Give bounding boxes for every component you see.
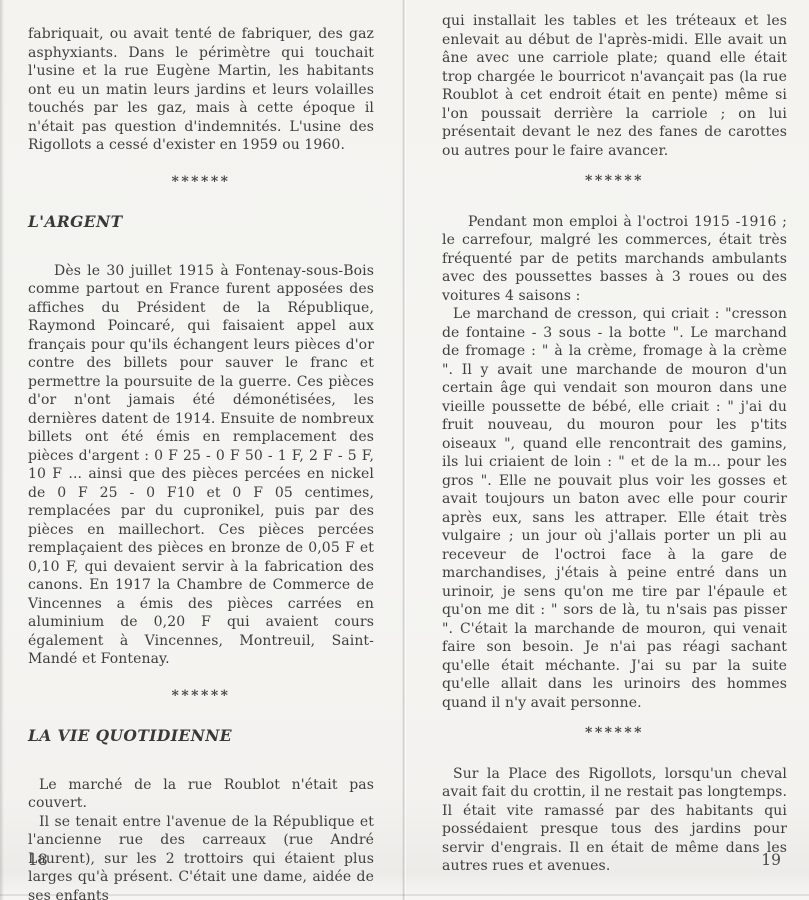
paragraph: Dès le 30 juillet 1915 à Fontenay-sous-B… — [28, 262, 374, 669]
paragraph: qui installait les tables et les tréteau… — [442, 12, 787, 160]
section-separator: ****** — [442, 172, 787, 191]
paragraph: Le marchand de cresson, qui criait : "cr… — [442, 305, 787, 712]
section-heading: LA VIE QUOTIDIENNE — [28, 727, 374, 746]
page-number-right: 19 — [761, 851, 781, 869]
paragraph: Pendant mon emploi à l'octroi 1915 -1916… — [442, 213, 787, 306]
section-separator: ****** — [28, 687, 374, 706]
page-number-left: 18 — [28, 851, 48, 869]
section-heading: L'ARGENT — [28, 213, 374, 232]
scan-bottom-edge — [0, 894, 809, 896]
paragraph: fabriquait, ou avait tenté de fabriquer,… — [28, 25, 374, 155]
book-spread: fabriquait, ou avait tenté de fabriquer,… — [0, 0, 809, 900]
page-left: fabriquait, ou avait tenté de fabriquer,… — [0, 0, 402, 900]
section-separator: ****** — [442, 724, 787, 743]
page-right: qui installait les tables et les tréteau… — [406, 0, 809, 900]
page-left-text-column: fabriquait, ou avait tenté de fabriquer,… — [0, 0, 402, 900]
paragraph: Le marché de la rue Roublot n'était pas … — [28, 776, 374, 813]
section-separator: ****** — [28, 173, 374, 192]
paragraph: Il se tenait entre l'avenue de la Républ… — [28, 813, 374, 900]
page-right-text-column: qui installait les tables et les tréteau… — [406, 0, 809, 876]
paragraph: Sur la Place des Rigollots, lorsqu'un ch… — [442, 765, 787, 876]
